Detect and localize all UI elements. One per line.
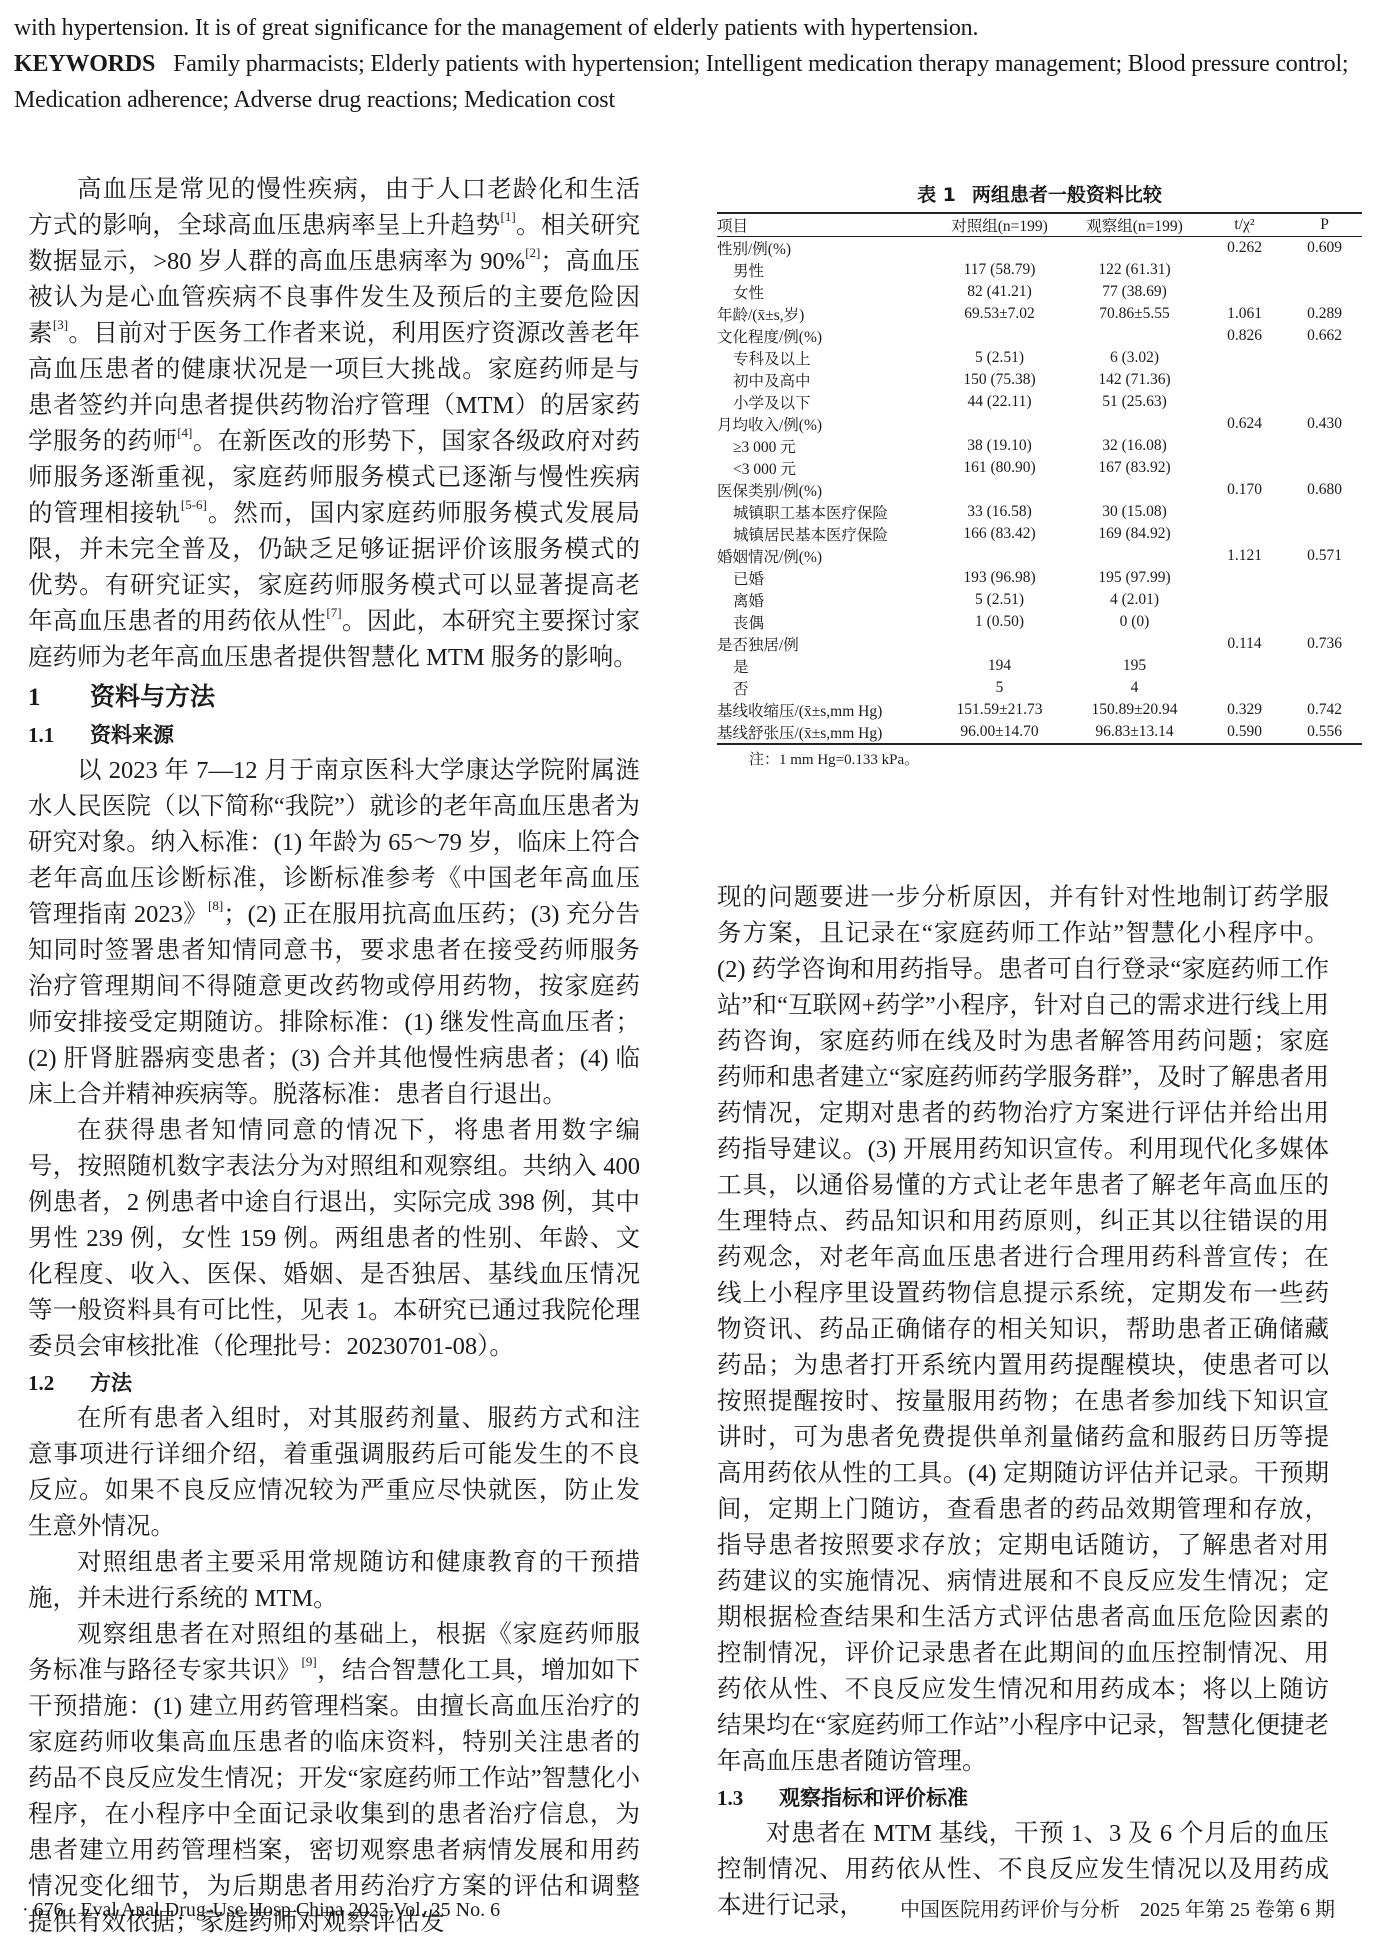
cell-p: [1287, 369, 1362, 391]
cell-statistic: 0.170: [1202, 479, 1287, 501]
cell-statistic: [1202, 391, 1287, 413]
cell-p: 0.609: [1287, 237, 1362, 260]
cell-item: 婚姻情况/例(%): [717, 545, 932, 567]
cell-item: 是否独居/例: [717, 633, 932, 655]
cell-control: 1 (0.50): [932, 611, 1067, 633]
col-header-p: P: [1287, 213, 1362, 237]
cell-p: [1287, 281, 1362, 303]
col-header-item: 项目: [717, 213, 932, 237]
col-header-control: 对照组(n=199): [932, 213, 1067, 237]
cell-observation: 6 (3.02): [1067, 347, 1202, 369]
cell-p: [1287, 435, 1362, 457]
cell-observation: [1067, 545, 1202, 567]
col-header-observation: 观察组(n=199): [1067, 213, 1202, 237]
cell-observation: 0 (0): [1067, 611, 1202, 633]
cell-control: 38 (19.10): [932, 435, 1067, 457]
cell-observation: 77 (38.69): [1067, 281, 1202, 303]
cell-statistic: [1202, 457, 1287, 479]
cell-control: 5 (2.51): [932, 589, 1067, 611]
table-row: 女性82 (41.21)77 (38.69): [717, 281, 1362, 303]
cell-p: 0.680: [1287, 479, 1362, 501]
keywords-block: KEYWORDSFamily pharmacists; Elderly pati…: [14, 46, 1364, 118]
footer-left-journal: · 676 · Eval Anal Drug-Use Hosp China 20…: [22, 1897, 500, 1923]
table-row: 城镇居民基本医疗保险166 (83.42)169 (84.92): [717, 523, 1362, 545]
cell-statistic: [1202, 369, 1287, 391]
cell-observation: 150.89±20.94: [1067, 699, 1202, 721]
cell-p: 0.556: [1287, 721, 1362, 744]
table-1: 表 1两组患者一般资料比较 项目 对照组(n=199) 观察组(n=199) t…: [717, 180, 1362, 773]
cell-statistic: [1202, 589, 1287, 611]
cell-item: 城镇职工基本医疗保险: [717, 501, 932, 523]
keywords-list: Family pharmacists; Elderly patients wit…: [14, 51, 1348, 113]
method-paragraph-3: 观察组患者在对照组的基础上，根据《家庭药师服务标准与路径专家共识》[9]，结合智…: [28, 1617, 640, 1940]
cell-statistic: 1.121: [1202, 545, 1287, 567]
cell-statistic: [1202, 677, 1287, 699]
citation-ref[interactable]: [7]: [326, 605, 341, 620]
cell-statistic: [1202, 259, 1287, 281]
cell-control: 82 (41.21): [932, 281, 1067, 303]
cell-p: [1287, 677, 1362, 699]
table-header-row: 项目 对照组(n=199) 观察组(n=199) t/χ² P: [717, 213, 1362, 237]
cell-p: 0.662: [1287, 325, 1362, 347]
cell-control: 161 (80.90): [932, 457, 1067, 479]
cell-item: 是: [717, 655, 932, 677]
cell-control: [932, 237, 1067, 260]
section-heading-1-3: 1.3观察指标和评价标准: [717, 1780, 1329, 1816]
section-heading-1-1: 1.1资料来源: [28, 717, 640, 753]
table-row: 否54: [717, 677, 1362, 699]
cell-p: 0.430: [1287, 413, 1362, 435]
table-row: 专科及以上5 (2.51)6 (3.02): [717, 347, 1362, 369]
cell-p: 0.289: [1287, 303, 1362, 325]
cell-item: 丧偶: [717, 611, 932, 633]
cell-item: 小学及以下: [717, 391, 932, 413]
cell-item: 基线舒张压/(x̄±s,mm Hg): [717, 721, 932, 744]
cell-p: [1287, 347, 1362, 369]
abstract-tail: with hypertension. It is of great signif…: [14, 10, 1364, 118]
cell-control: [932, 479, 1067, 501]
baseline-characteristics-table: 项目 对照组(n=199) 观察组(n=199) t/χ² P 性别/例(%)0…: [717, 212, 1362, 745]
table-row: 文化程度/例(%)0.8260.662: [717, 325, 1362, 347]
cell-control: [932, 413, 1067, 435]
cell-observation: 195: [1067, 655, 1202, 677]
cell-p: [1287, 501, 1362, 523]
cell-statistic: 0.114: [1202, 633, 1287, 655]
table-row: 离婚5 (2.51)4 (2.01): [717, 589, 1362, 611]
footer-right-journal: 中国医院用药评价与分析 2025 年第 25 卷第 6 期: [900, 1897, 1335, 1923]
cell-control: 117 (58.79): [932, 259, 1067, 281]
cell-control: 151.59±21.73: [932, 699, 1067, 721]
cell-statistic: [1202, 523, 1287, 545]
method-continuation-paragraph: 现的问题要进一步分析原因，并有针对性地制订药学服务方案，且记录在“家庭药师工作站…: [717, 880, 1329, 1780]
cell-observation: 70.86±5.55: [1067, 303, 1202, 325]
cell-statistic: [1202, 611, 1287, 633]
cell-p: [1287, 457, 1362, 479]
cell-observation: 51 (25.63): [1067, 391, 1202, 413]
cell-p: [1287, 589, 1362, 611]
cell-item: 医保类别/例(%): [717, 479, 932, 501]
table-note: 注：1 mm Hg=0.133 kPa。: [717, 747, 1362, 773]
table-row: 城镇职工基本医疗保险33 (16.58)30 (15.08): [717, 501, 1362, 523]
table-row: 月均收入/例(%)0.6240.430: [717, 413, 1362, 435]
cell-observation: 167 (83.92): [1067, 457, 1202, 479]
cell-control: [932, 325, 1067, 347]
cell-observation: [1067, 633, 1202, 655]
citation-ref[interactable]: [5-6]: [181, 497, 207, 512]
citation-ref[interactable]: [8]: [208, 898, 223, 913]
cell-observation: 195 (97.99): [1067, 567, 1202, 589]
cell-item: 文化程度/例(%): [717, 325, 932, 347]
cell-statistic: [1202, 435, 1287, 457]
source-paragraph-2: 在获得患者知情同意的情况下，将患者用数字编号，按照随机数字表法分为对照组和观察组…: [28, 1113, 640, 1365]
cell-item: 性别/例(%): [717, 237, 932, 260]
cell-statistic: [1202, 347, 1287, 369]
cell-p: [1287, 523, 1362, 545]
cell-statistic: [1202, 501, 1287, 523]
table-row: 丧偶1 (0.50)0 (0): [717, 611, 1362, 633]
table-row: 医保类别/例(%)0.1700.680: [717, 479, 1362, 501]
cell-statistic: [1202, 567, 1287, 589]
cell-observation: 96.83±13.14: [1067, 721, 1202, 744]
table-row: <3 000 元161 (80.90)167 (83.92): [717, 457, 1362, 479]
cell-statistic: 0.262: [1202, 237, 1287, 260]
citation-ref[interactable]: [4]: [177, 425, 192, 440]
table-row: 男性117 (58.79)122 (61.31): [717, 259, 1362, 281]
cell-item: 初中及高中: [717, 369, 932, 391]
cell-item: <3 000 元: [717, 457, 932, 479]
table-title: 表 1两组患者一般资料比较: [717, 180, 1362, 210]
left-column: 高血压是常见的慢性疾病，由于人口老龄化和生活方式的影响，全球高血压患病率呈上升趋…: [28, 172, 640, 1940]
cell-observation: 142 (71.36): [1067, 369, 1202, 391]
cell-statistic: 0.624: [1202, 413, 1287, 435]
cell-p: [1287, 259, 1362, 281]
cell-p: [1287, 611, 1362, 633]
keywords-label: KEYWORDS: [14, 51, 155, 77]
col-header-statistic: t/χ²: [1202, 213, 1287, 237]
cell-p: 0.571: [1287, 545, 1362, 567]
table-row: 是194195: [717, 655, 1362, 677]
cell-statistic: 0.590: [1202, 721, 1287, 744]
cell-observation: 4: [1067, 677, 1202, 699]
section-heading-1: 1资料与方法: [28, 678, 640, 717]
cell-observation: [1067, 413, 1202, 435]
table-row: 已婚193 (96.98)195 (97.99): [717, 567, 1362, 589]
cell-control: 194: [932, 655, 1067, 677]
cell-observation: 4 (2.01): [1067, 589, 1202, 611]
intro-paragraph: 高血压是常见的慢性疾病，由于人口老龄化和生活方式的影响，全球高血压患病率呈上升趋…: [28, 172, 640, 676]
cell-observation: 169 (84.92): [1067, 523, 1202, 545]
cell-item: 专科及以上: [717, 347, 932, 369]
cell-statistic: [1202, 655, 1287, 677]
cell-item: 年龄/(x̄±s,岁): [717, 303, 932, 325]
cell-p: [1287, 655, 1362, 677]
table-row: 是否独居/例0.1140.736: [717, 633, 1362, 655]
method-paragraph-2: 对照组患者主要采用常规随访和健康教育的干预措施，并未进行系统的 MTM。: [28, 1545, 640, 1617]
cell-item: 离婚: [717, 589, 932, 611]
cell-item: ≥3 000 元: [717, 435, 932, 457]
cell-control: 69.53±7.02: [932, 303, 1067, 325]
cell-control: [932, 633, 1067, 655]
citation-ref[interactable]: [3]: [53, 317, 68, 332]
cell-observation: 32 (16.08): [1067, 435, 1202, 457]
cell-p: [1287, 567, 1362, 589]
cell-control: 5 (2.51): [932, 347, 1067, 369]
table-row: 年龄/(x̄±s,岁)69.53±7.0270.86±5.551.0610.28…: [717, 303, 1362, 325]
cell-statistic: 1.061: [1202, 303, 1287, 325]
cell-control: 33 (16.58): [932, 501, 1067, 523]
cell-item: 月均收入/例(%): [717, 413, 932, 435]
cell-item: 已婚: [717, 567, 932, 589]
cell-observation: 30 (15.08): [1067, 501, 1202, 523]
cell-statistic: 0.329: [1202, 699, 1287, 721]
method-paragraph-1: 在所有患者入组时，对其服药剂量、服药方式和注意事项进行详细介绍，着重强调服药后可…: [28, 1401, 640, 1545]
cell-item: 男性: [717, 259, 932, 281]
citation-ref[interactable]: [9]: [302, 1654, 317, 1669]
citation-ref[interactable]: [2]: [525, 245, 540, 260]
cell-control: 44 (22.11): [932, 391, 1067, 413]
cell-item: 城镇居民基本医疗保险: [717, 523, 932, 545]
cell-statistic: [1202, 281, 1287, 303]
cell-control: 96.00±14.70: [932, 721, 1067, 744]
abstract-last-line: with hypertension. It is of great signif…: [14, 10, 1364, 46]
cell-control: 5: [932, 677, 1067, 699]
cell-item: 基线收缩压/(x̄±s,mm Hg): [717, 699, 932, 721]
source-paragraph-1: 以 2023 年 7—12 月于南京医科大学康达学院附属涟水人民医院（以下简称“…: [28, 753, 640, 1113]
table-row: 基线舒张压/(x̄±s,mm Hg)96.00±14.7096.83±13.14…: [717, 721, 1362, 744]
table-row: 基线收缩压/(x̄±s,mm Hg)151.59±21.73150.89±20.…: [717, 699, 1362, 721]
cell-item: 女性: [717, 281, 932, 303]
cell-control: 166 (83.42): [932, 523, 1067, 545]
cell-p: 0.742: [1287, 699, 1362, 721]
cell-observation: 122 (61.31): [1067, 259, 1202, 281]
table-row: 初中及高中150 (75.38)142 (71.36): [717, 369, 1362, 391]
table-row: 性别/例(%)0.2620.609: [717, 237, 1362, 260]
table-row: 小学及以下44 (22.11)51 (25.63): [717, 391, 1362, 413]
right-column: 现的问题要进一步分析原因，并有针对性地制订药学服务方案，且记录在“家庭药师工作站…: [717, 880, 1329, 1924]
cell-control: 150 (75.38): [932, 369, 1067, 391]
cell-item: 否: [717, 677, 932, 699]
cell-control: 193 (96.98): [932, 567, 1067, 589]
cell-observation: [1067, 325, 1202, 347]
cell-observation: [1067, 479, 1202, 501]
cell-p: [1287, 391, 1362, 413]
section-heading-1-2: 1.2方法: [28, 1365, 640, 1401]
citation-ref[interactable]: [1]: [501, 209, 516, 224]
table-row: 婚姻情况/例(%)1.1210.571: [717, 545, 1362, 567]
cell-p: 0.736: [1287, 633, 1362, 655]
table-row: ≥3 000 元38 (19.10)32 (16.08): [717, 435, 1362, 457]
cell-control: [932, 545, 1067, 567]
cell-observation: [1067, 237, 1202, 260]
cell-statistic: 0.826: [1202, 325, 1287, 347]
